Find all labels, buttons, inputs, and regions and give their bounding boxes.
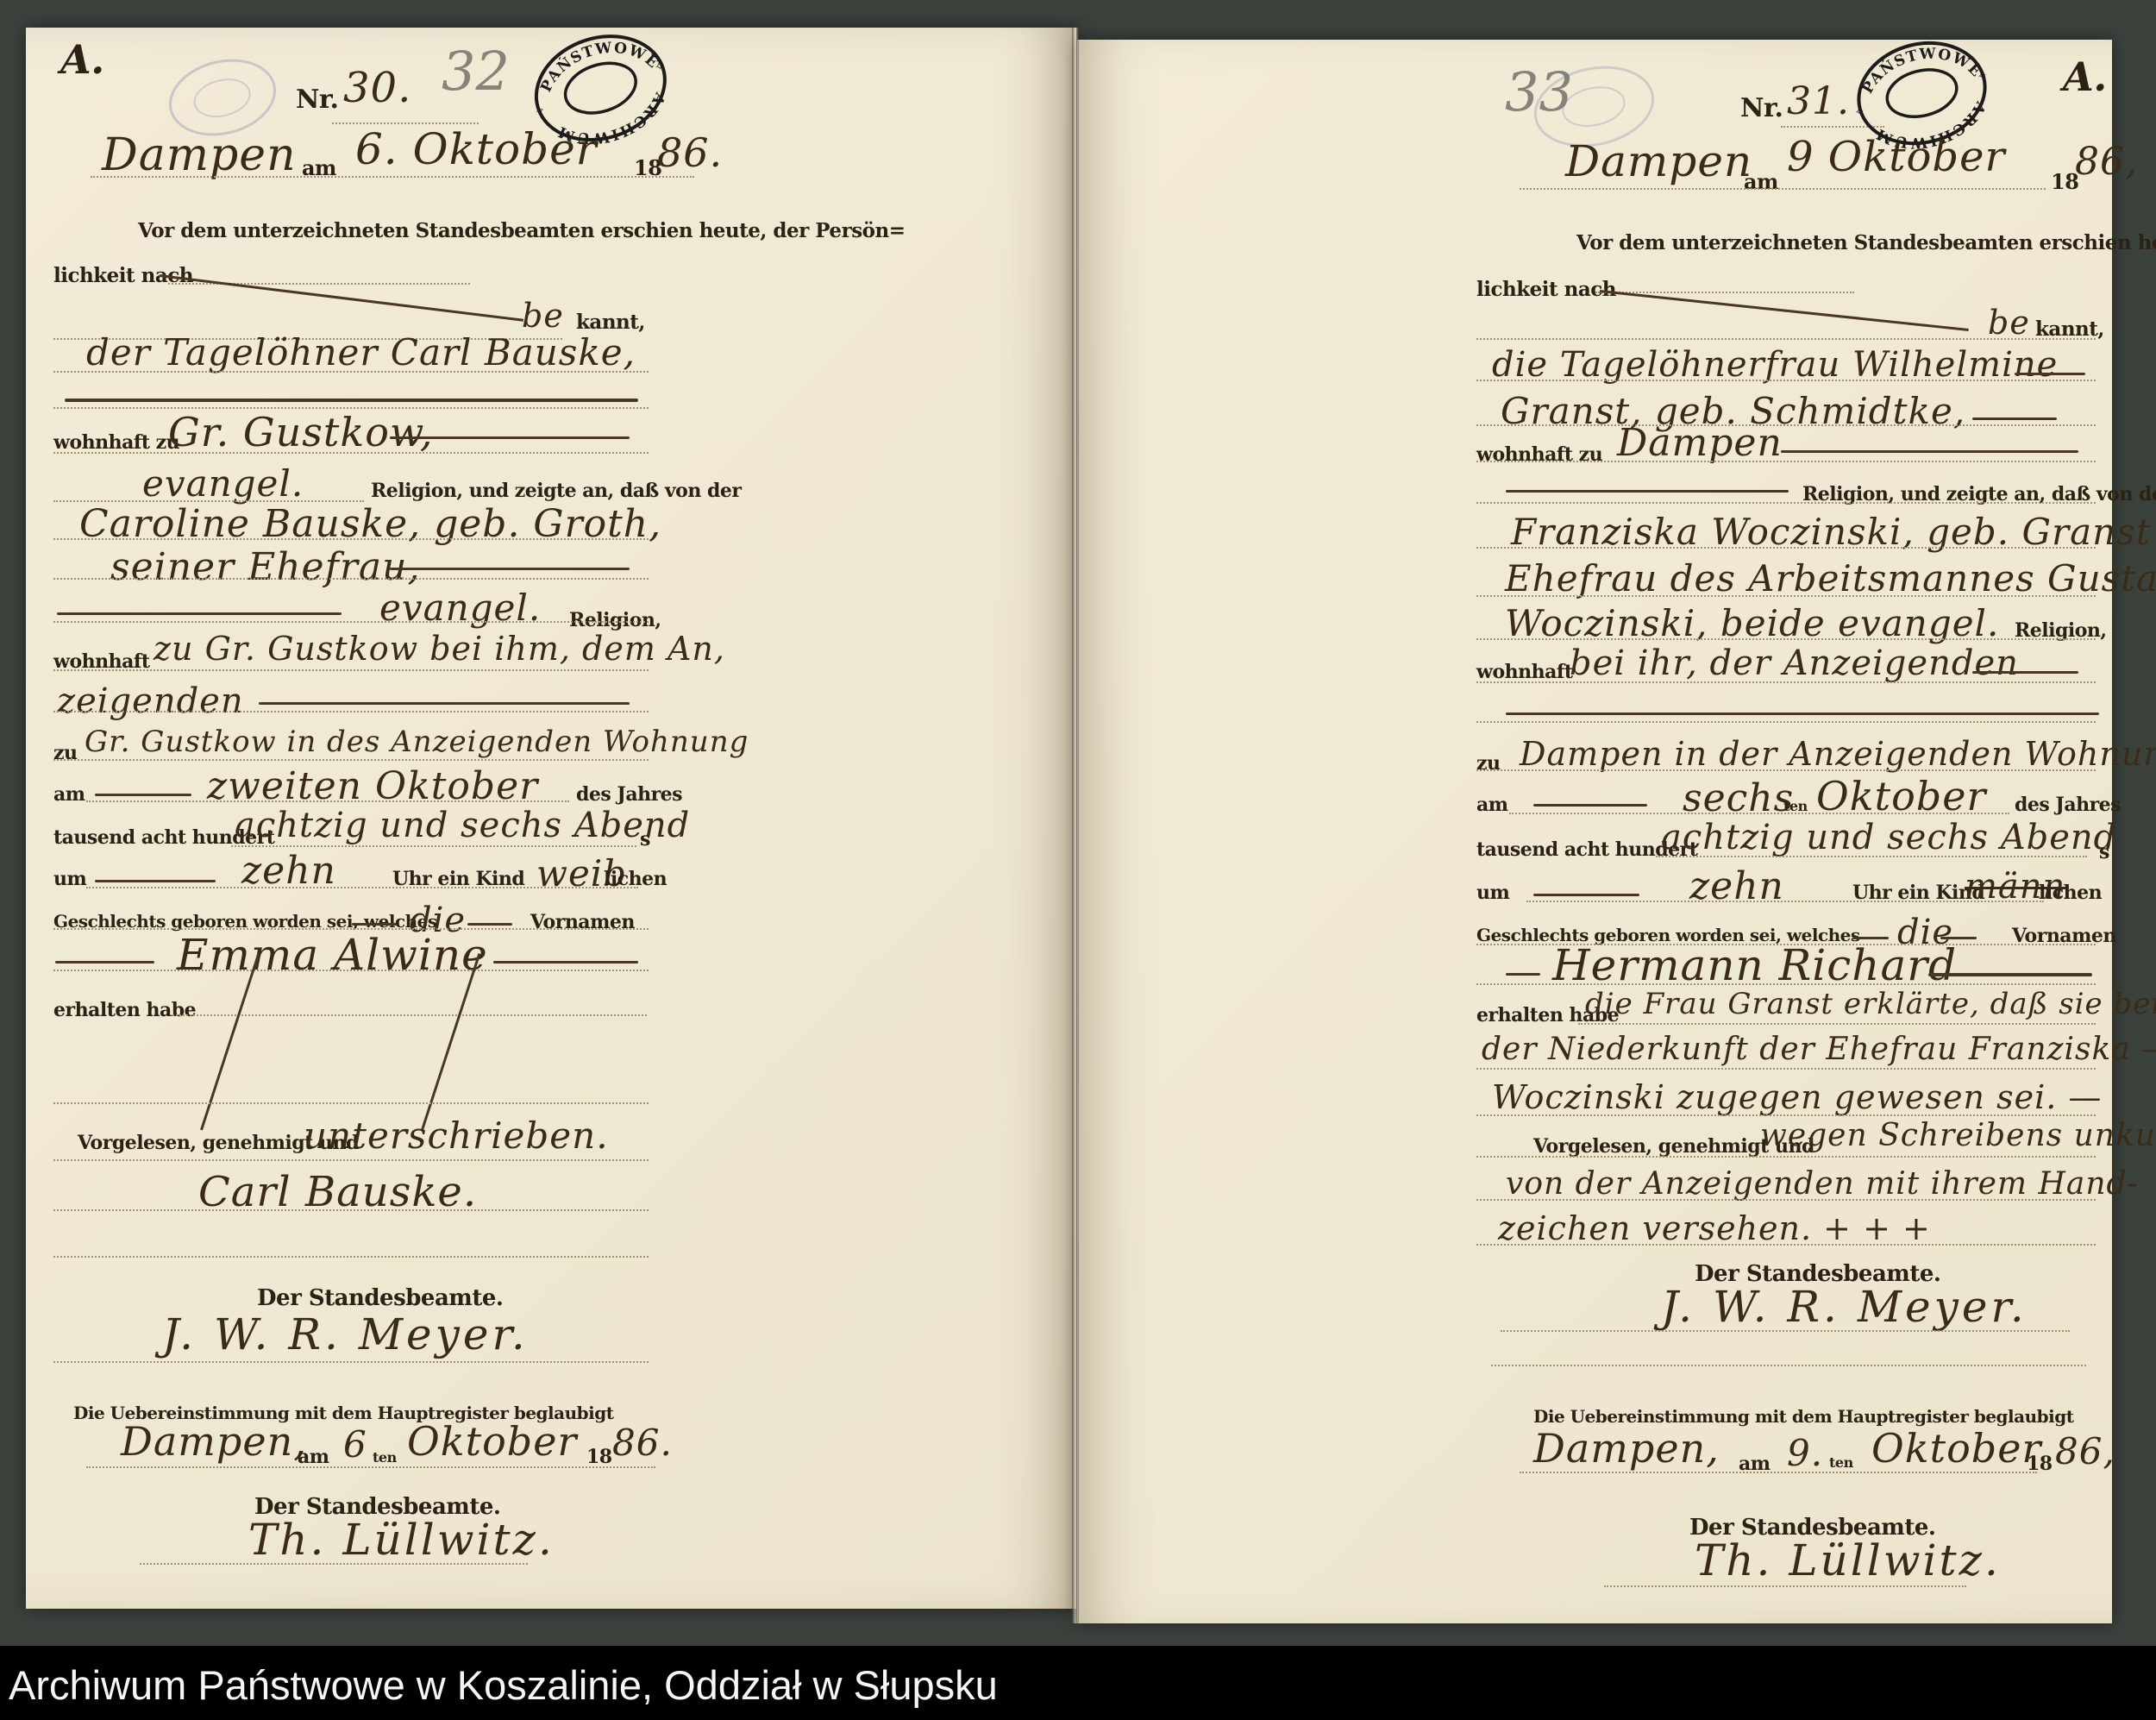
registrar-signature-2: Th. Lüllwitz. <box>1695 1535 2001 1585</box>
dotted-line <box>1476 595 2096 597</box>
kannt-label: kannt, <box>576 311 645 334</box>
ink-dash <box>1972 417 2057 420</box>
dotted-line <box>1604 1585 1966 1587</box>
registrar-label: Der Standesbeamte. <box>257 1285 503 1311</box>
hw-be: be <box>1988 304 2030 342</box>
dotted-line <box>53 452 649 454</box>
dotted-line <box>86 1466 655 1468</box>
record-place: Dampen <box>102 129 297 181</box>
dotted-line <box>1476 1244 2096 1246</box>
dotted-line <box>1520 188 2046 190</box>
ink-dash <box>352 923 397 926</box>
record-number: 30. <box>343 64 411 112</box>
approval-line-2: von der Anzeigenden mit ihrem Hand- <box>1506 1166 2139 1202</box>
record-place: Dampen <box>1565 136 1752 186</box>
approval-line-1: wegen Schreibens unkun- <box>1760 1118 2156 1153</box>
dotted-line <box>172 1014 647 1016</box>
record-number: 31. <box>1787 79 1850 123</box>
ink-dash <box>1533 894 1639 896</box>
book-gutter <box>1072 28 1079 1623</box>
dotted-line <box>1476 681 2096 683</box>
archive-caption-bar: Archiwum Państwowe w Koszalinie, Oddział… <box>0 1646 2156 1720</box>
wohnhaft-zu-label: wohnhaft zu <box>1476 443 1602 466</box>
dotted-line <box>86 887 638 888</box>
ink-dash <box>1781 450 2078 453</box>
form-intro2: lichkeit nach <box>1476 278 1616 301</box>
kannt-label: kannt, <box>2035 317 2104 341</box>
s-suffix: s <box>640 828 650 851</box>
mother-line-2: Ehefrau des Arbeitsmannes Gustav <box>1505 557 2156 599</box>
ink-dash <box>259 702 630 705</box>
year-value: 86, <box>2075 140 2138 184</box>
certify-am-label: am <box>298 1446 329 1468</box>
dotted-line <box>1476 502 2096 504</box>
am-label: am <box>1744 169 1778 194</box>
registrar-signature: J. W. R. Meyer. <box>162 1309 529 1359</box>
certify-day: 6 <box>343 1423 367 1466</box>
certify-day: 9. <box>1787 1432 1823 1474</box>
dotted-line <box>1578 1023 2096 1025</box>
residence2-value: bei ihr, der Anzeigenden <box>1570 643 2019 683</box>
midwife-note-1: die Frau Granst erklärte, daß sie bei <box>1585 987 2156 1021</box>
dotted-line <box>1476 1199 2096 1201</box>
stamp-star-right: ✧ <box>1976 68 1990 84</box>
dotted-line <box>140 1563 528 1565</box>
dotted-line <box>53 970 649 971</box>
dotted-line <box>1476 424 2096 426</box>
certify-label: Die Uebereinstimmung mit dem Hauptregist… <box>1533 1406 2073 1427</box>
dotted-line <box>1476 461 2096 462</box>
ink-dash <box>1506 973 1540 976</box>
certify-place: Dampen, <box>121 1418 307 1465</box>
erhalten-label: erhalten habe <box>53 999 196 1021</box>
dotted-line <box>53 669 649 671</box>
dotted-line <box>53 1159 649 1161</box>
jahres-label: des Jahres <box>2015 794 2121 816</box>
dotted-line <box>1501 1330 2070 1332</box>
nr-label: Nr. <box>296 85 338 115</box>
dotted-line <box>1656 856 2087 857</box>
approval-word: unterschrieben. <box>304 1114 609 1157</box>
wohnhaft-label: wohnhaft <box>1476 661 1572 683</box>
wohnhaft-zu-label: wohnhaft zu <box>53 431 179 454</box>
hw-be: be <box>522 297 564 335</box>
dotted-line <box>1526 901 2044 902</box>
religion1-value: evangel. <box>142 462 304 505</box>
pencil-number: 32 <box>442 40 510 103</box>
ink-dash <box>1506 490 1789 493</box>
form-letter-a: A. <box>60 36 104 83</box>
am2-label: am <box>53 783 85 806</box>
dotted-line <box>1476 638 2096 640</box>
ink-dash <box>57 612 342 615</box>
dotted-line <box>53 621 649 623</box>
dotted-line <box>1476 338 2096 340</box>
birthplace-value: Gr. Gustkow in des Anzeigenden Wohnung <box>85 725 749 759</box>
ink-dash <box>1533 804 1647 807</box>
register-page-right: 33 Nr. 31. PAŃSTWOWE ARCHIWUM ✧ ✧ A. Dam… <box>1077 40 2112 1623</box>
record-date: 9 Oktober <box>1787 133 2006 181</box>
dotted-line <box>91 176 694 178</box>
dotted-line <box>53 1256 649 1258</box>
s-suffix: s <box>2099 841 2109 863</box>
stamp-star-left: ✧ <box>1853 104 1867 120</box>
ink-dash <box>1852 937 1889 939</box>
year-value: 86. <box>657 129 723 176</box>
ink-dash <box>1506 712 2099 715</box>
residence2-value: zu Gr. Gustkow bei ihm, dem An, <box>154 630 725 668</box>
form-letter-a: A. <box>2063 53 2107 100</box>
certify-year-prefix: 18 <box>586 1446 612 1468</box>
certify-ten-label: ten <box>1829 1454 1853 1471</box>
ink-dash <box>2015 373 2085 375</box>
stamp-star-left: ✧ <box>533 104 547 120</box>
dotted-line <box>53 538 649 540</box>
ink-stroke <box>160 274 523 322</box>
ink-dash <box>390 568 630 570</box>
form-intro: Vor dem unterzeichneten Standesbeamten e… <box>1576 231 2156 254</box>
lichen-label: lichen <box>2039 882 2102 904</box>
ink-dash <box>1940 937 1977 939</box>
dotted-line <box>1476 1068 2096 1070</box>
religion2-label: Religion, <box>569 609 661 631</box>
dotted-line <box>1476 983 2096 985</box>
zu-label: zu <box>53 742 78 764</box>
dotted-line <box>1491 1365 2086 1366</box>
record-date: 6. Oktober <box>355 124 598 174</box>
registrar-signature: J. W. R. Meyer. <box>1661 1282 2028 1332</box>
registrar-signature-2: Th. Lüllwitz. <box>248 1515 555 1565</box>
certify-ten-label: ten <box>373 1449 397 1466</box>
ink-dash <box>390 436 630 439</box>
am2-label: am <box>1476 794 1508 816</box>
birthplace-value: Dampen in der Anzeigenden Wohnung <box>1520 735 2156 773</box>
um-label: um <box>53 868 86 890</box>
year-words-value: achtzig und sechs Abend <box>1661 818 2116 857</box>
ink-stroke <box>1600 290 1969 331</box>
dotted-line <box>53 759 649 761</box>
midwife-note-2: der Niederkunft der Ehefrau Franziska — <box>1482 1032 2156 1067</box>
ink-dash <box>55 961 154 964</box>
dotted-line <box>1476 721 2096 723</box>
dotted-line <box>1509 813 2009 814</box>
certify-month: Oktober <box>1871 1425 2041 1472</box>
declarant-line: der Tagelöhner Carl Bauske, <box>86 331 636 374</box>
residence3-value: zeigenden <box>57 681 244 721</box>
ink-dash <box>1928 973 2092 976</box>
midwife-note-3: Woczinski zugegen gewesen sei. — <box>1492 1078 2102 1116</box>
vornamen-label: Vornamen <box>530 911 635 933</box>
certify-month: Oktober <box>407 1418 577 1465</box>
dotted-line <box>53 1361 649 1363</box>
um-label: um <box>1476 882 1509 904</box>
year-words-value: achtzig und sechs Abend <box>235 806 690 845</box>
ink-dash <box>65 399 638 402</box>
certify-place: Dampen, <box>1533 1425 1720 1472</box>
certify-year: 86. <box>612 1422 673 1464</box>
ink-dash <box>95 880 216 882</box>
dotted-line <box>53 371 649 373</box>
nr-label: Nr. <box>1740 93 1783 123</box>
certify-year: 86, <box>2055 1430 2115 1472</box>
residence-value: Dampen <box>1617 421 1783 465</box>
scanned-register-spread: A. Nr. 30. 32 PAŃSTWOWE ARCHIWUM ✧ ✧ Dam… <box>0 0 2156 1720</box>
dotted-line <box>231 845 636 847</box>
ink-dash <box>95 794 191 796</box>
dotted-line <box>1520 1472 2037 1473</box>
dotted-line <box>53 1209 649 1211</box>
mother-relation: seiner Ehefrau, <box>110 545 420 589</box>
ink-dash <box>467 923 512 926</box>
residence-value: Gr. Gustkow, <box>168 409 434 455</box>
dotted-line <box>53 711 649 712</box>
archive-caption-text: Archiwum Państwowe w Koszalinie, Oddział… <box>9 1661 998 1709</box>
ink-dash <box>493 961 638 964</box>
child-name: Emma Alwine <box>177 930 488 980</box>
dotted-line <box>53 578 649 580</box>
jahres-label: des Jahres <box>576 783 682 806</box>
dotted-line <box>1476 380 2096 381</box>
dotted-line <box>1476 547 2096 549</box>
zu-label: zu <box>1476 752 1501 775</box>
ink-dash <box>1972 671 2078 674</box>
form-intro: Vor dem unterzeichneten Standesbeamten e… <box>138 219 905 242</box>
dotted-line <box>1476 1114 2096 1116</box>
approval-line-3: zeichen versehen. + + + <box>1498 1209 1931 1247</box>
dotted-line <box>1476 769 2096 771</box>
dotted-line <box>86 800 569 802</box>
register-page-left: A. Nr. 30. 32 PAŃSTWOWE ARCHIWUM ✧ ✧ Dam… <box>26 28 1076 1609</box>
dotted-line <box>1476 1156 2096 1158</box>
religion1-label: Religion, und zeigte an, daß von der <box>371 480 741 502</box>
dotted-line <box>53 1102 649 1104</box>
